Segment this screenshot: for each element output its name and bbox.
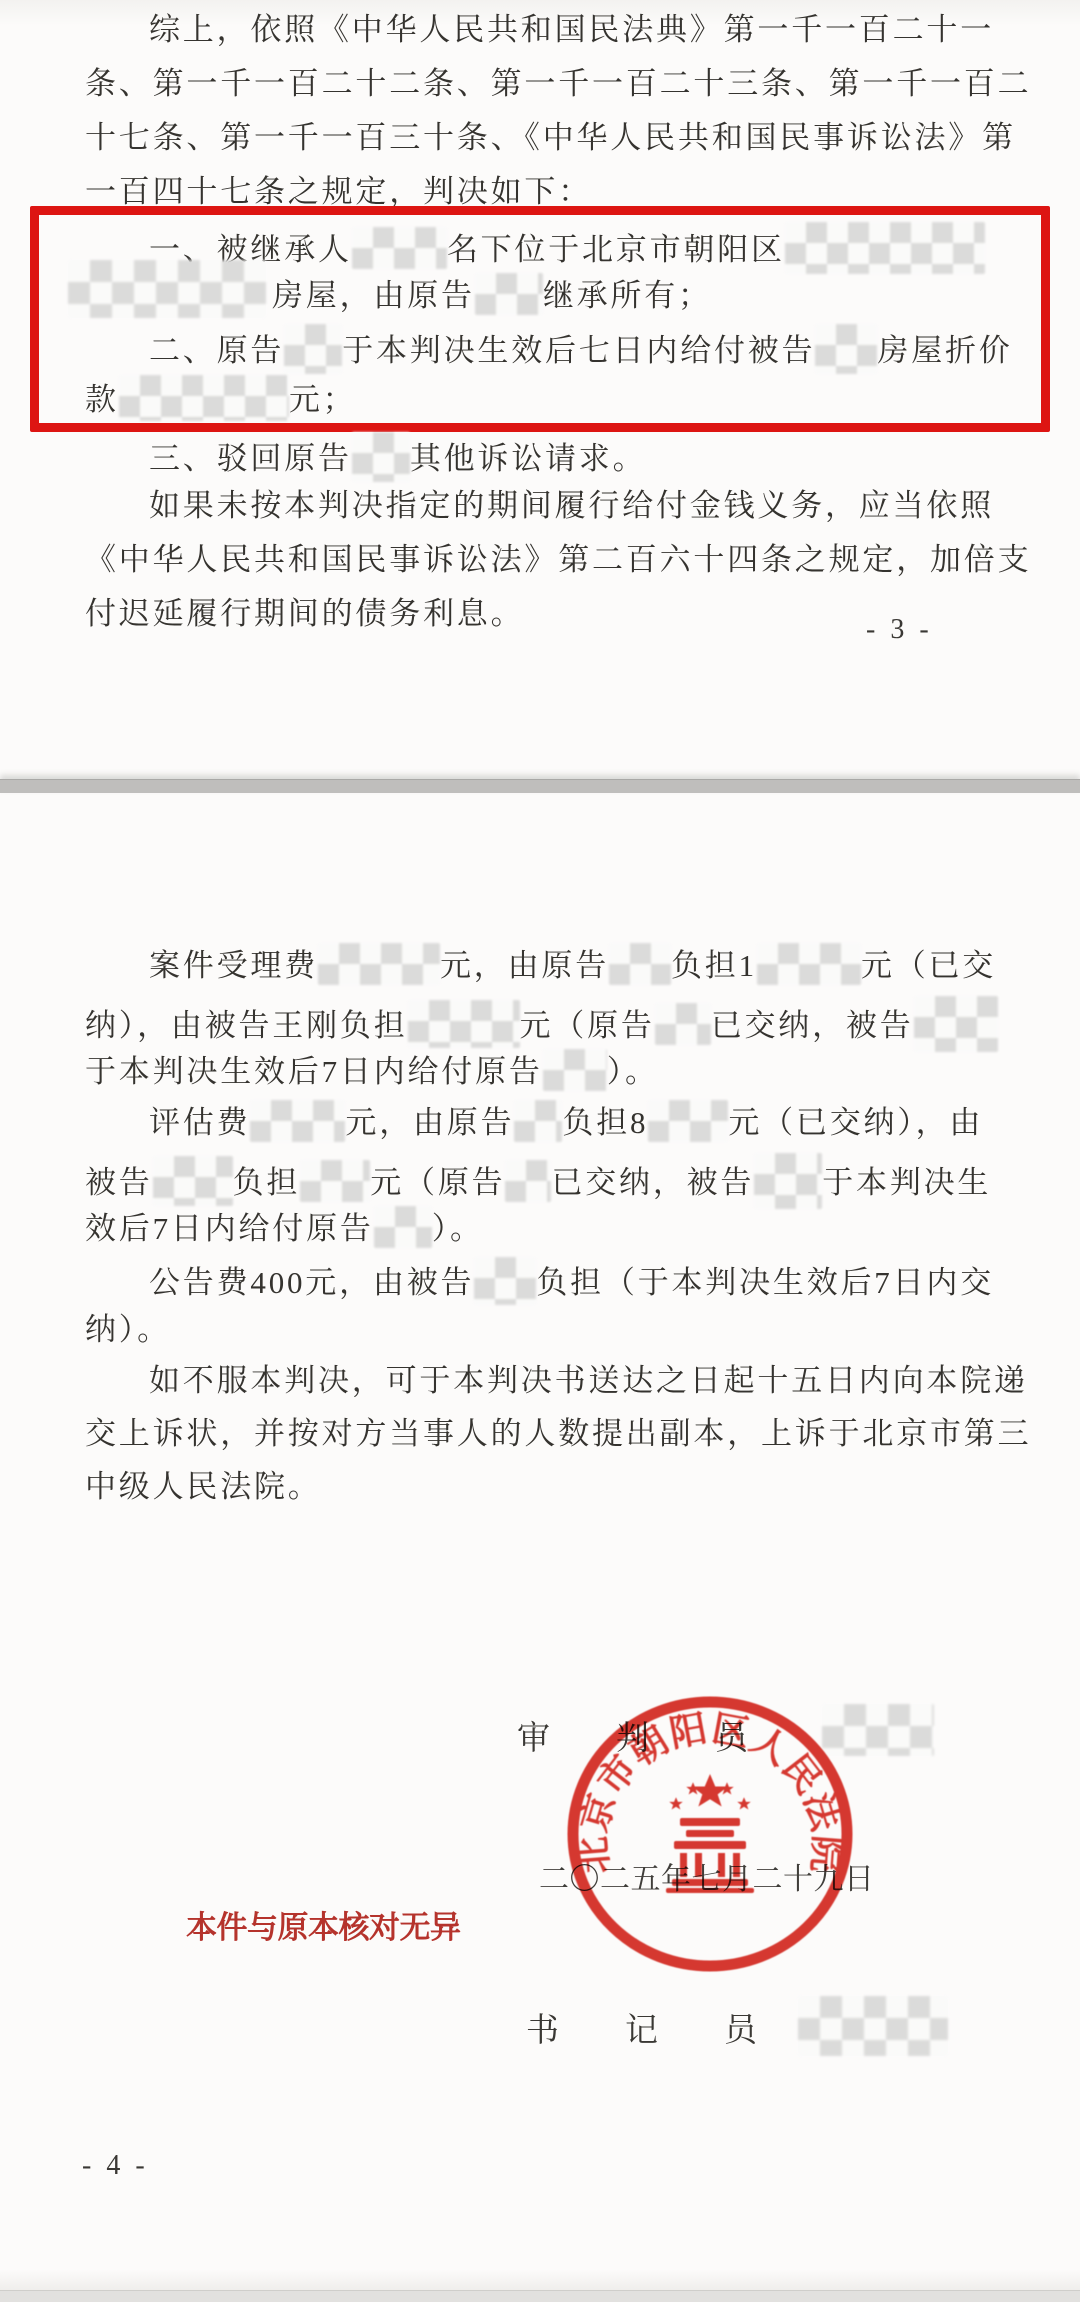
line-text: 其他诉讼请求。 [410,441,647,476]
line-text: 公告费400元，由被告 [149,1265,474,1300]
decision-item-2-line-2: 款元； [85,375,1005,421]
scanned-judgment-document: 综上，依照《中华人民共和国民法典》第一千一百二十一 条、第一千一百二十二条、第一… [0,0,1080,2302]
redaction-mosaic [374,1206,432,1248]
photo-bottom-edge [0,2290,1080,2302]
line-text: 房屋折价 [877,333,1012,368]
appeal-notice-line: 中级人民法院。 [85,1467,1005,1513]
line-text: 二、原告 [149,333,284,368]
line-text: 继承所有； [543,278,712,313]
redaction-mosaic [300,1160,370,1202]
line-text: 已交纳，被告 [551,1165,754,1200]
announcement-fee-line-2: 纳）。 [85,1310,1005,1356]
line-text: 纳）。 [85,1312,171,1347]
line-text: 负担1 [671,948,757,983]
clerk-label: 书 记 员 [526,2004,757,2051]
redaction-mosaic [284,324,342,374]
line-text: 如不服本判决，可于本判决书送达之日起十五日内向本院递 [149,1363,1028,1398]
redaction-mosaic [352,432,410,482]
redaction-mosaic [815,324,877,374]
line-text: 款 [85,382,119,417]
appraisal-fee-line-2: 被告负担元（原告已交纳，被告于本判决生 [85,1153,1005,1199]
line-text: 元（已交 [861,948,996,983]
line-text: 三、驳回原告 [149,441,352,476]
redaction-mosaic [475,273,543,315]
judgment-line: 综上，依照《中华人民共和国民法典》第一千一百二十一 [85,10,1069,56]
redaction-mosaic [68,260,266,318]
line-text: 元（原告 [370,1165,505,1200]
national-emblem-icon [666,1774,754,1893]
decision-item-1-line-2: 房屋，由原告继承所有； [272,273,772,319]
announcement-fee-line-1: 公告费400元，由被告负担（于本判决生效后7日内交 [85,1257,1069,1303]
line-text: 元，由原告 [440,948,609,983]
court-fee-line-1: 案件受理费元，由原告负担1元（已交 [85,943,1069,989]
redaction-mosaic [505,1160,551,1202]
line-text: 如果未按本判决指定的期间履行给付金钱义务，应当依照 [149,488,994,523]
appraisal-fee-line-1: 评估费元，由原告负担8元（已交纳），由 [85,1100,1069,1146]
line-text: 负担8 [562,1105,648,1140]
line-text: 于本判决生效后七日内给付被告 [342,333,815,368]
redaction-mosaic [754,1153,822,1209]
clerk-name-redaction-mosaic [798,1996,948,2056]
line-text: 纳），由被告王刚负担 [85,1008,408,1043]
court-fee-line-3: 于本判决生效后7日内给付原告）。 [85,1049,1005,1095]
redaction-mosaic [914,996,998,1052]
line-text: 已交纳，被告 [711,1008,914,1043]
line-text: 被告 [85,1165,153,1200]
line-text: 条、第一千一百二十二条、第一千一百二十三条、第一千一百二 [85,66,1031,101]
judgment-line: 《中华人民共和国民事诉讼法》第二百六十四条之规定，加倍支 [85,540,1005,586]
verification-stamp-text: 本件与原本核对无异 [186,1902,461,1947]
appeal-notice-line: 交上诉状，并按对方当事人的人数提出副本，上诉于北京市第三 [85,1414,1005,1460]
court-seal: 北京市朝阳区人民法院 [562,1690,858,1978]
line-text: 效后7日内给付原告 [85,1211,374,1246]
redaction-mosaic [352,227,447,269]
line-text: 《中华人民共和国民事诉讼法》第二百六十四条之规定，加倍支 [85,542,1031,577]
line-text: 评估费 [149,1105,250,1140]
redaction-mosaic [119,375,289,421]
redaction-mosaic [757,943,861,985]
redaction-mosaic [648,1100,728,1142]
line-text: 元，由原告 [345,1105,514,1140]
court-fee-line-2: 纳），由被告王刚负担元（原告已交纳，被告 [85,996,1005,1042]
page-number-3: - 3 - [866,614,933,646]
line-text: 一百四十七条之规定，判决如下： [85,174,592,209]
redaction-mosaic [655,1003,711,1045]
line-text: 元（原告 [520,1008,655,1043]
redaction-mosaic [250,1100,345,1142]
line-text: 名下位于北京市朝阳区 [447,232,785,267]
redaction-mosaic [514,1100,562,1142]
decision-item-2-line-1: 二、原告于本判决生效后七日内给付被告房屋折价 [85,324,1069,370]
judgment-line: 条、第一千一百二十二条、第一千一百二十三条、第一千一百二 [85,64,1005,110]
page-number-4: - 4 - [82,2150,149,2182]
redaction-mosaic [408,1000,520,1048]
line-text: 中级人民法院。 [85,1469,322,1504]
line-text: 付迟延履行期间的债务利息。 [85,596,524,631]
line-text: 负担 [233,1165,301,1200]
line-text: 案件受理费 [149,948,318,983]
line-text: 于本判决生效后7日内给付原告 [85,1054,543,1089]
line-text: 负担（于本判决生效后7日内交 [536,1265,994,1300]
line-text: 于本判决生 [822,1165,991,1200]
line-text: 综上，依照《中华人民共和国民法典》第一千一百二十一 [149,12,994,47]
redaction-mosaic [785,222,985,274]
redaction-mosaic [543,1049,607,1091]
appraisal-fee-line-3: 效后7日内给付原告）。 [85,1206,1005,1252]
judgment-line: 十七条、第一千一百三十条、《中华人民共和国民事诉讼法》第 [85,118,1005,164]
redaction-mosaic [609,943,671,985]
line-text: 元； [289,382,357,417]
line-text: ）。 [432,1211,484,1246]
decision-item-3: 三、驳回原告其他诉讼请求。 [85,432,1069,478]
line-text: 十七条、第一千一百三十条、《中华人民共和国民事诉讼法》第 [85,120,1016,155]
redaction-mosaic [474,1257,536,1305]
appeal-notice-line: 如不服本判决，可于本判决书送达之日起十五日内向本院递 [85,1361,1069,1407]
redaction-mosaic [318,943,440,985]
line-text: 元（已交纳），由 [728,1105,983,1140]
line-text: 房屋，由原告 [272,278,475,313]
judgment-line: 如果未按本判决指定的期间履行给付金钱义务，应当依照 [85,486,1069,532]
redaction-mosaic [153,1156,233,1206]
line-text: ）。 [607,1054,659,1089]
line-text: 交上诉状，并按对方当事人的人数提出副本，上诉于北京市第三 [85,1416,1031,1451]
page-break-divider [0,779,1080,793]
